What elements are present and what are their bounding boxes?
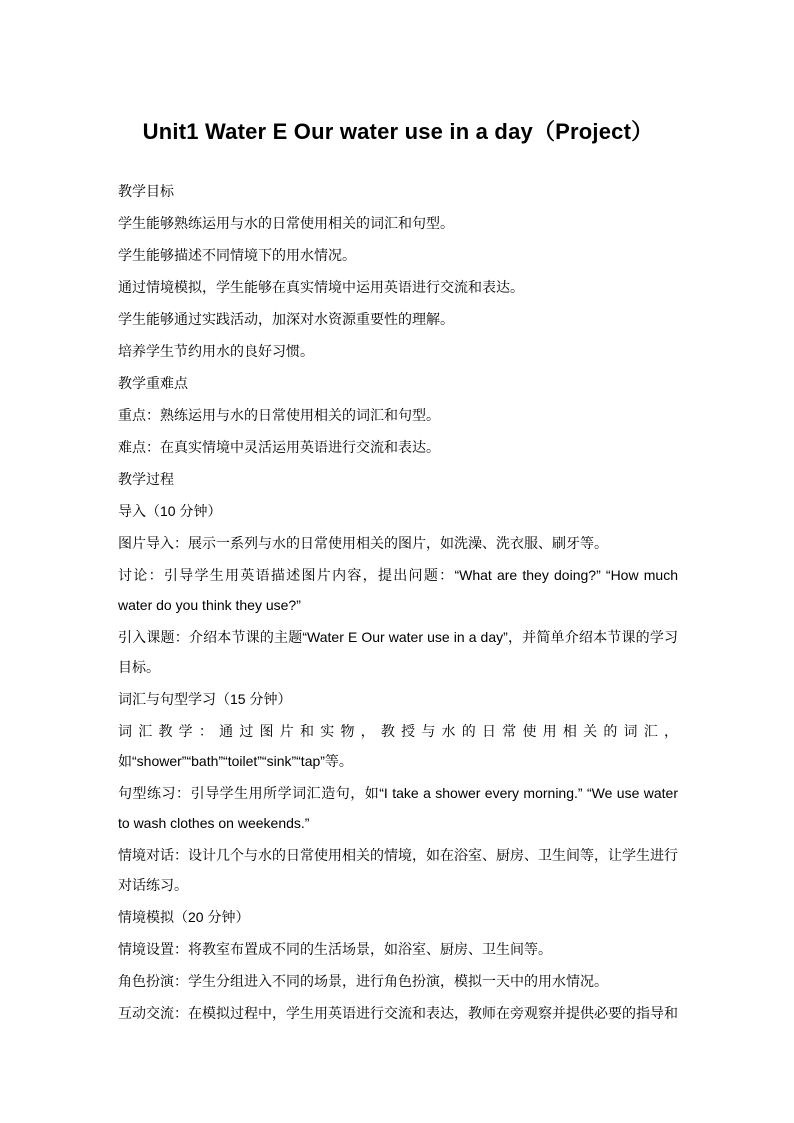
doc-paragraph: 词汇教学：通过图片和实物，教授与水的日常使用相关的词汇，如“shower”“ba… bbox=[118, 716, 678, 776]
doc-paragraph: 通过情境模拟，学生能够在真实情境中运用英语进行交流和表达。 bbox=[118, 272, 678, 302]
doc-paragraph: 学生能够通过实践活动，加深对水资源重要性的理解。 bbox=[118, 304, 678, 334]
doc-paragraph: 图片导入：展示一系列与水的日常使用相关的图片，如洗澡、洗衣服、刷牙等。 bbox=[118, 528, 678, 558]
document-title: Unit1 Water E Our water use in a day（Pro… bbox=[118, 116, 678, 148]
doc-paragraph: 情境设置：将教室布置成不同的生活场景，如浴室、厨房、卫生间等。 bbox=[118, 934, 678, 964]
doc-paragraph: 情境模拟（20 分钟） bbox=[118, 902, 678, 932]
doc-paragraph: 难点：在真实情境中灵活运用英语进行交流和表达。 bbox=[118, 432, 678, 462]
doc-paragraph: 导入（10 分钟） bbox=[118, 496, 678, 526]
document-page: Unit1 Water E Our water use in a day（Pro… bbox=[0, 0, 794, 1123]
doc-paragraph: 互动交流：在模拟过程中，学生用英语进行交流和表达，教师在旁观察并提供必要的指导和 bbox=[118, 998, 678, 1028]
doc-paragraph: 教学过程 bbox=[118, 464, 678, 494]
doc-paragraph: 学生能够描述不同情境下的用水情况。 bbox=[118, 240, 678, 270]
doc-paragraph: 词汇与句型学习（15 分钟） bbox=[118, 684, 678, 714]
doc-paragraph: 重点：熟练运用与水的日常使用相关的词汇和句型。 bbox=[118, 400, 678, 430]
doc-paragraph: 培养学生节约用水的良好习惯。 bbox=[118, 336, 678, 366]
doc-paragraph: 句型练习：引导学生用所学词汇造句，如“I take a shower every… bbox=[118, 778, 678, 838]
doc-paragraph: 学生能够熟练运用与水的日常使用相关的词汇和句型。 bbox=[118, 208, 678, 238]
doc-paragraph: 教学目标 bbox=[118, 176, 678, 206]
doc-paragraph: 讨论：引导学生用英语描述图片内容，提出问题：“What are they doi… bbox=[118, 560, 678, 620]
doc-paragraph: 角色扮演：学生分组进入不同的场景，进行角色扮演，模拟一天中的用水情况。 bbox=[118, 966, 678, 996]
doc-paragraph: 教学重难点 bbox=[118, 368, 678, 398]
doc-paragraph: 引入课题：介绍本节课的主题“Water E Our water use in a… bbox=[118, 622, 678, 682]
doc-paragraph: 情境对话：设计几个与水的日常使用相关的情境，如在浴室、厨房、卫生间等，让学生进行… bbox=[118, 840, 678, 900]
